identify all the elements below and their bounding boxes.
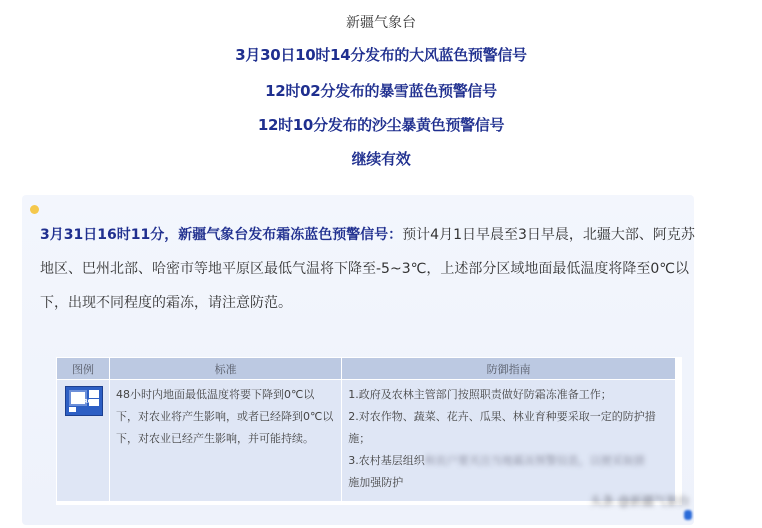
table-header-row: 图例 标准 防御指南 — [57, 358, 676, 380]
guide-item-1: 1.政府及农林主管部门按照职责做好防霜冻准备工作； — [348, 384, 669, 406]
notice-paragraph: 3月31日16时11分，新疆气象台发布霜冻蓝色预警信号：预计4月1日早晨至3日早… — [40, 218, 700, 320]
header-legend: 图例 — [57, 358, 110, 380]
alert-line-still-valid: 继续有效 — [0, 148, 762, 169]
watermark-logo-icon — [684, 510, 692, 520]
guide-item-3-cont: 施加强防护 — [348, 472, 669, 494]
alert-line-blizzard: 12时02分发布的暴雪蓝色预警信号 — [0, 80, 762, 101]
header-guide: 防御指南 — [342, 358, 676, 380]
notice-lead: 3月31日16时11分，新疆气象台发布霜冻蓝色预警信号： — [40, 227, 402, 243]
guide-cell: 1.政府及农林主管部门按照职责做好防霜冻准备工作； 2.对农作物、蔬菜、花卉、瓜… — [342, 380, 676, 502]
alert-line-wind: 3月30日10时14分发布的大风蓝色预警信号 — [0, 44, 762, 65]
legend-cell: FROST — [57, 380, 110, 502]
alert-line-sandstorm: 12时10分发布的沙尘暴黄色预警信号 — [0, 114, 762, 135]
frost-blue-warning-icon: FROST — [65, 386, 103, 416]
guide-item-3: 3.农村基层组织和农户要关注当地霜冻预警信息，以便采取措 — [348, 450, 669, 472]
blurred-text: 和农户要关注当地霜冻预警信息，以便采取措 — [425, 454, 645, 467]
standard-cell: 48小时内地面最低温度将要下降到0℃以下，对农业将产生影响，或者已经降到0℃以下… — [110, 380, 342, 502]
header-standard: 标准 — [110, 358, 342, 380]
table-row: FROST 48小时内地面最低温度将要下降到0℃以下，对农业将产生影响，或者已经… — [57, 380, 676, 502]
bullet-dot-icon — [30, 205, 39, 214]
watermark: 头条 @新疆气象台 — [590, 492, 740, 508]
warning-table: 图例 标准 防御指南 FROST — [56, 357, 676, 502]
guide-item-2: 2.对农作物、蔬菜、花卉、瓜果、林业育种要采取一定的防护措施； — [348, 406, 669, 450]
warning-table-container: 图例 标准 防御指南 FROST — [56, 357, 682, 505]
page: 新疆气象台 3月30日10时14分发布的大风蓝色预警信号 12时02分发布的暴雪… — [0, 0, 762, 528]
agency-name: 新疆气象台 — [0, 12, 762, 32]
